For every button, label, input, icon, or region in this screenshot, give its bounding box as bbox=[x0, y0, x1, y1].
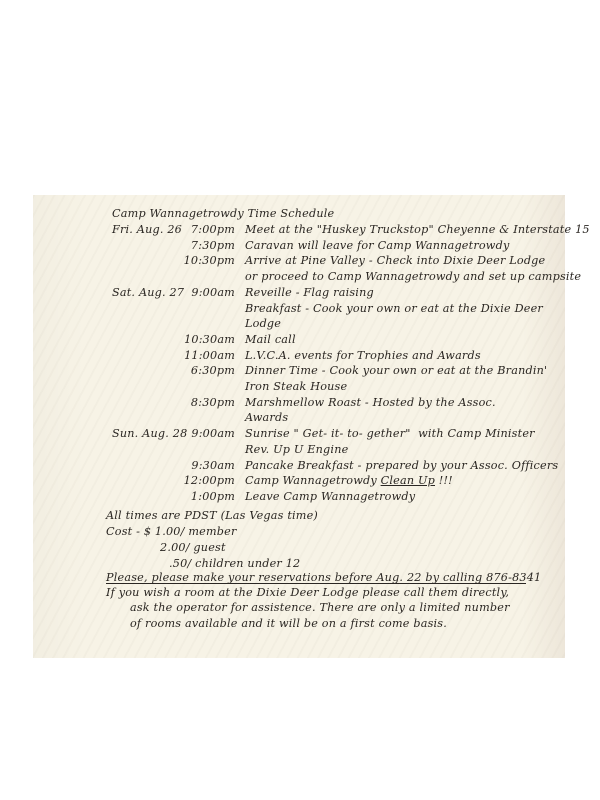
schedule-time: 10:30pm bbox=[184, 254, 235, 267]
schedule-row: 1:00pmLeave Camp Wannagetrowdy bbox=[33, 490, 565, 505]
schedule-event: Arrive at Pine Valley - Check into Dixie… bbox=[245, 254, 545, 267]
cost-guest: 2.00/ guest bbox=[160, 541, 226, 554]
schedule-row: or proceed to Camp Wannagetrowdy and set… bbox=[33, 270, 565, 285]
schedule-row: 10:30amMail call bbox=[33, 333, 565, 348]
schedule-row: Fri. Aug. 267:00pmMeet at the "Huskey Tr… bbox=[33, 223, 565, 238]
schedule-event: Iron Steak House bbox=[245, 380, 347, 393]
schedule-event-text: Breakfast - Cook your own or eat at the … bbox=[245, 302, 543, 315]
schedule-event: Sunrise " Get- it- to- gether" with Camp… bbox=[245, 427, 535, 440]
schedule-event: Dinner Time - Cook your own or eat at th… bbox=[245, 364, 547, 377]
schedule-event-emphasis: Clean Up bbox=[381, 474, 435, 487]
schedule-event-text: Arrive at Pine Valley - Check into Dixie… bbox=[245, 254, 545, 267]
schedule-event-text: L.V.C.A. events for Trophies and Awards bbox=[245, 349, 481, 362]
room-note-line-2: ask the operator for assistence. There a… bbox=[130, 601, 510, 614]
schedule-row: Awards bbox=[33, 411, 565, 426]
room-note-line-1: If you wish a room at the Dixie Deer Lod… bbox=[106, 586, 509, 599]
schedule-row: 8:30pmMarshmellow Roast - Hosted by the … bbox=[33, 396, 565, 411]
schedule-event-text: Lodge bbox=[245, 317, 281, 330]
schedule-row: 12:00pmCamp Wannagetrowdy Clean Up !!! bbox=[33, 474, 565, 489]
schedule-event-text: Mail call bbox=[245, 333, 296, 346]
schedule-event: Camp Wannagetrowdy Clean Up !!! bbox=[245, 474, 453, 487]
schedule-row: 9:30amPancake Breakfast - prepared by yo… bbox=[33, 459, 565, 474]
schedule-event: Leave Camp Wannagetrowdy bbox=[245, 490, 415, 503]
schedule-event: Rev. Up U Engine bbox=[245, 443, 348, 456]
schedule-time: 10:30am bbox=[184, 333, 235, 346]
schedule-event: Pancake Breakfast - prepared by your Ass… bbox=[245, 459, 558, 472]
scanned-paper: Camp Wannagetrowdy Time Schedule Fri. Au… bbox=[33, 195, 565, 658]
schedule-event: Awards bbox=[245, 411, 288, 424]
schedule-event-text: Meet at the "Huskey Truckstop" Cheyenne … bbox=[245, 223, 590, 236]
schedule-time: 9:00am bbox=[191, 427, 235, 440]
schedule-event-text: Dinner Time - Cook your own or eat at th… bbox=[245, 364, 547, 377]
cost-children: .50/ children under 12 bbox=[169, 557, 300, 570]
schedule-event-text: Caravan will leave for Camp Wannagetrowd… bbox=[245, 239, 509, 252]
schedule-event: Mail call bbox=[245, 333, 296, 346]
schedule-event-text: Rev. Up U Engine bbox=[245, 443, 348, 456]
schedule-event: or proceed to Camp Wannagetrowdy and set… bbox=[245, 270, 581, 283]
schedule-row: Lodge bbox=[33, 317, 565, 332]
schedule-row: Breakfast - Cook your own or eat at the … bbox=[33, 302, 565, 317]
schedule-event-text: Reveille - Flag raising bbox=[245, 286, 374, 299]
schedule-row: 6:30pmDinner Time - Cook your own or eat… bbox=[33, 364, 565, 379]
timezone-note: All times are PDST (Las Vegas time) bbox=[106, 509, 318, 522]
schedule-event: L.V.C.A. events for Trophies and Awards bbox=[245, 349, 481, 362]
schedule-event: Meet at the "Huskey Truckstop" Cheyenne … bbox=[245, 223, 590, 236]
schedule-time: 7:00pm bbox=[191, 223, 235, 236]
schedule-row: Rev. Up U Engine bbox=[33, 443, 565, 458]
schedule-row: 7:30pmCaravan will leave for Camp Wannag… bbox=[33, 239, 565, 254]
schedule-time: 9:00am bbox=[191, 286, 235, 299]
schedule-row: Sun. Aug. 289:00amSunrise " Get- it- to-… bbox=[33, 427, 565, 442]
room-note-line-3: of rooms available and it will be on a f… bbox=[130, 617, 447, 630]
schedule-event-text: Leave Camp Wannagetrowdy bbox=[245, 490, 415, 503]
schedule-event-text: or proceed to Camp Wannagetrowdy and set… bbox=[245, 270, 581, 283]
schedule-time: 9:30am bbox=[191, 459, 235, 472]
schedule-event: Lodge bbox=[245, 317, 281, 330]
schedule-event-text: Camp Wannagetrowdy bbox=[245, 474, 381, 487]
schedule-time: 1:00pm bbox=[191, 490, 235, 503]
schedule-time: 6:30pm bbox=[191, 364, 235, 377]
schedule-row: Sat. Aug. 279:00amReveille - Flag raisin… bbox=[33, 286, 565, 301]
schedule-event-text: Pancake Breakfast - prepared by your Ass… bbox=[245, 459, 558, 472]
schedule-event-text: Awards bbox=[245, 411, 288, 424]
schedule-event-text: Iron Steak House bbox=[245, 380, 347, 393]
schedule-row: 10:30pmArrive at Pine Valley - Check int… bbox=[33, 254, 565, 269]
schedule-event-text: Sunrise " Get- it- to- gether" with Camp… bbox=[245, 427, 535, 440]
schedule-row: Iron Steak House bbox=[33, 380, 565, 395]
schedule-row: 11:00amL.V.C.A. events for Trophies and … bbox=[33, 349, 565, 364]
schedule-time: 8:30pm bbox=[191, 396, 235, 409]
schedule-time: 7:30pm bbox=[191, 239, 235, 252]
schedule-title: Camp Wannagetrowdy Time Schedule bbox=[112, 207, 334, 220]
schedule-event-text: Marshmellow Roast - Hosted by the Assoc. bbox=[245, 396, 496, 409]
underline-rule bbox=[106, 583, 526, 584]
schedule-event: Breakfast - Cook your own or eat at the … bbox=[245, 302, 543, 315]
schedule-event: Caravan will leave for Camp Wannagetrowd… bbox=[245, 239, 509, 252]
schedule-time: 11:00am bbox=[184, 349, 235, 362]
schedule-event: Reveille - Flag raising bbox=[245, 286, 374, 299]
schedule-time: 12:00pm bbox=[184, 474, 235, 487]
schedule-event-suffix: !!! bbox=[435, 474, 453, 487]
schedule-day: Sat. Aug. 27 bbox=[112, 286, 184, 299]
cost-member: Cost - $ 1.00/ member bbox=[106, 525, 237, 538]
schedule-day: Sun. Aug. 28 bbox=[112, 427, 187, 440]
schedule-day: Fri. Aug. 26 bbox=[112, 223, 182, 236]
schedule-event: Marshmellow Roast - Hosted by the Assoc. bbox=[245, 396, 496, 409]
